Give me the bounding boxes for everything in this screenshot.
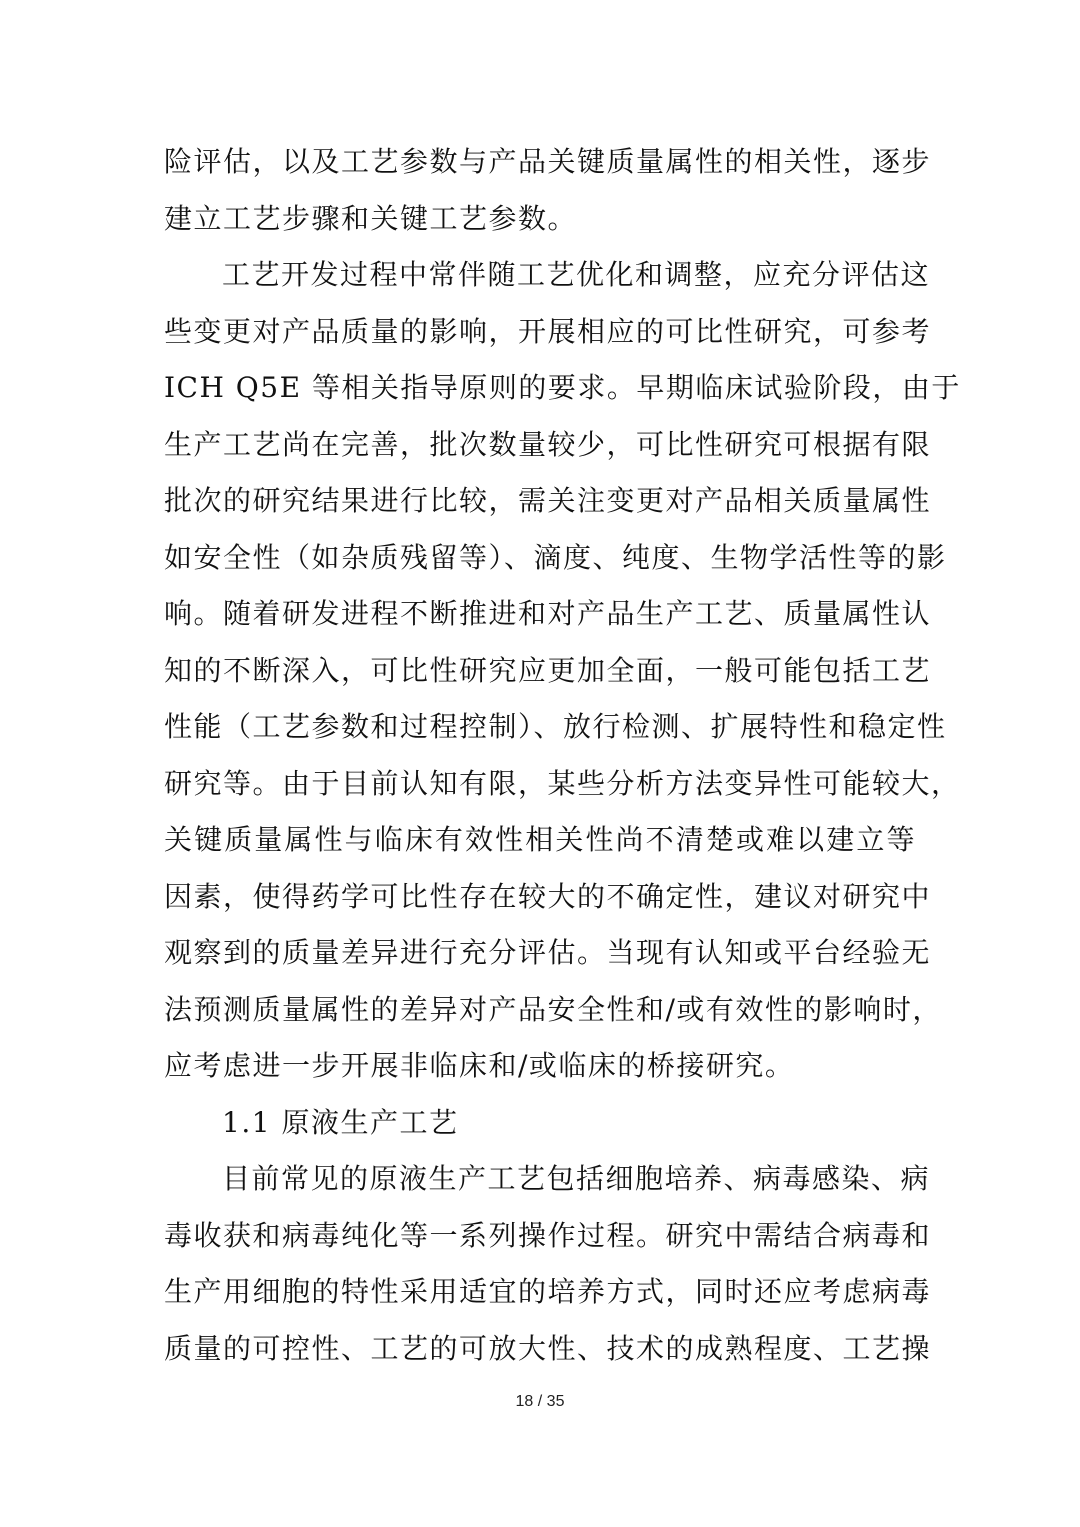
- text-line: 质量的可控性、工艺的可放大性、技术的成熟程度、工艺操: [164, 1321, 916, 1378]
- text-line: 工艺开发过程中常伴随工艺优化和调整，应充分评估这: [164, 247, 916, 304]
- text-line: ICH Q5E 等相关指导原则的要求。早期临床试验阶段，由于: [164, 360, 916, 417]
- text-line: 法预测质量属性的差异对产品安全性和/或有效性的影响时，: [164, 982, 916, 1039]
- text-line: 因素，使得药学可比性存在较大的不确定性，建议对研究中: [164, 869, 916, 926]
- text-line: 响。随着研发进程不断推进和对产品生产工艺、质量属性认: [164, 586, 916, 643]
- section-title: 原液生产工艺: [281, 1106, 458, 1139]
- text-line: 应考虑进一步开展非临床和/或临床的桥接研究。: [164, 1038, 916, 1095]
- text-line: 险评估，以及工艺参数与产品关键质量属性的相关性，逐步: [164, 134, 916, 191]
- document-page: 险评估，以及工艺参数与产品关键质量属性的相关性，逐步 建立工艺步骤和关键工艺参数…: [0, 0, 1080, 1527]
- text-line: 研究等。由于目前认知有限，某些分析方法变异性可能较大，: [164, 756, 916, 813]
- section-heading: 1.1 原液生产工艺: [164, 1095, 916, 1152]
- text-line: 建立工艺步骤和关键工艺参数。: [164, 191, 916, 248]
- text-line: 生产用细胞的特性采用适宜的培养方式，同时还应考虑病毒: [164, 1264, 916, 1321]
- text-line: 如安全性（如杂质残留等）、滴度、纯度、生物学活性等的影: [164, 530, 916, 587]
- paragraph-drug-substance: 目前常见的原液生产工艺包括细胞培养、病毒感染、病 毒收获和病毒纯化等一系列操作过…: [164, 1151, 916, 1377]
- text-line: 些变更对产品质量的影响，开展相应的可比性研究，可参考: [164, 304, 916, 361]
- paragraph-continued: 险评估，以及工艺参数与产品关键质量属性的相关性，逐步 建立工艺步骤和关键工艺参数…: [164, 134, 916, 247]
- text-line: 性能（工艺参数和过程控制）、放行检测、扩展特性和稳定性: [164, 699, 916, 756]
- text-line: 目前常见的原液生产工艺包括细胞培养、病毒感染、病: [164, 1151, 916, 1208]
- text-line: 生产工艺尚在完善，批次数量较少，可比性研究可根据有限: [164, 417, 916, 474]
- text-line: 关键质量属性与临床有效性相关性尚不清楚或难以建立等: [164, 812, 916, 869]
- text-line: 观察到的质量差异进行充分评估。当现有认知或平台经验无: [164, 925, 916, 982]
- section-number: 1.1: [222, 1106, 271, 1139]
- document-body: 险评估，以及工艺参数与产品关键质量属性的相关性，逐步 建立工艺步骤和关键工艺参数…: [164, 134, 916, 1377]
- paragraph-comparability: 工艺开发过程中常伴随工艺优化和调整，应充分评估这 些变更对产品质量的影响，开展相…: [164, 247, 916, 1095]
- text-line: 毒收获和病毒纯化等一系列操作过程。研究中需结合病毒和: [164, 1208, 916, 1265]
- text-line: 批次的研究结果进行比较，需关注变更对产品相关质量属性: [164, 473, 916, 530]
- text-line: 知的不断深入，可比性研究应更加全面，一般可能包括工艺: [164, 643, 916, 700]
- page-number: 18 / 35: [0, 1393, 1080, 1411]
